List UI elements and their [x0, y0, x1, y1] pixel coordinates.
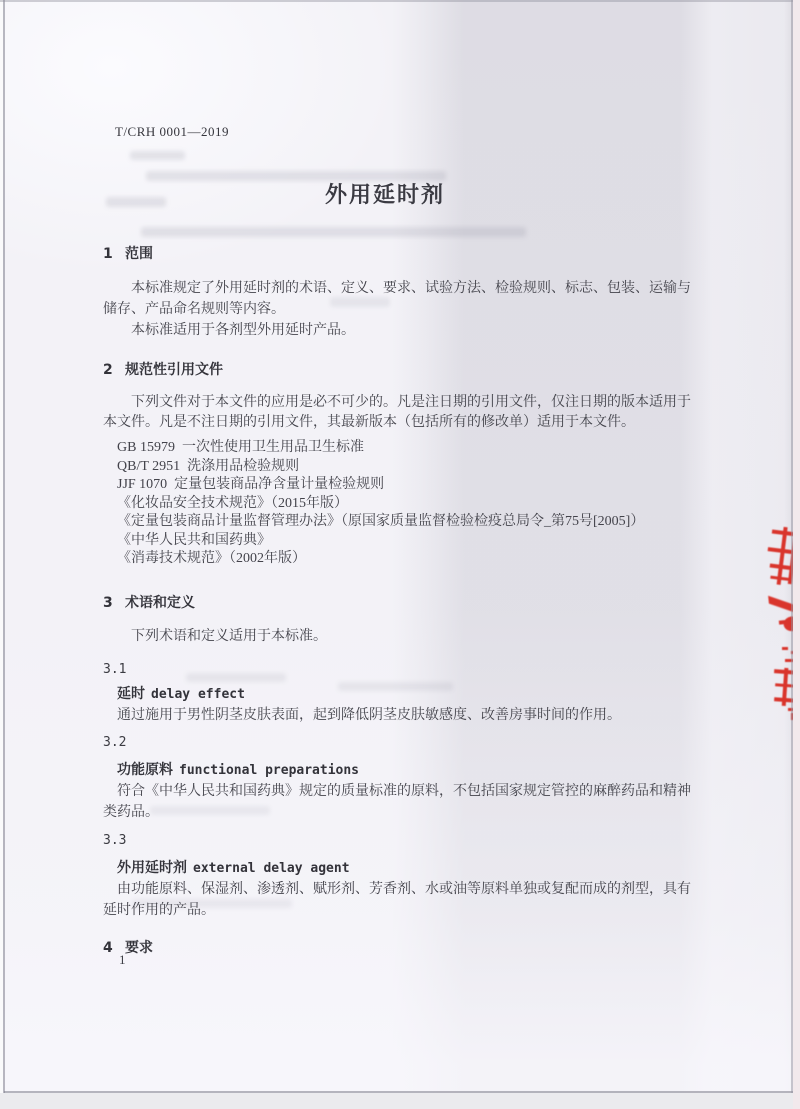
section-number: 1 [103, 244, 125, 265]
section-number: 2 [103, 360, 125, 381]
section-title: 术语和定义 [125, 595, 195, 611]
term-definition: 通过施用于男性阴茎皮肤表面，起到降低阴茎皮肤敏感度、改善房事时间的作用。 [103, 705, 693, 726]
reference-item: 《化妆品安全技术规范》（2015年版） [117, 495, 693, 514]
reference-item: 《中华人民共和国药典》 [117, 532, 693, 551]
scan-edge-right-strip [793, 0, 800, 1109]
paragraph: 本标准规定了外用延时剂的术语、定义、要求、试验方法、检验规则、标志、包装、运输与… [103, 278, 693, 320]
paragraph: 下列文件对于本文件的应用是必不可少的。凡是注日期的引用文件，仅注日期的版本适用于… [103, 393, 693, 433]
term-definition: 符合《中华人民共和国药典》规定的质量标准的原料，不包括国家规定管控的麻醉药品和精… [103, 781, 693, 823]
term-number: 3.2 [103, 732, 693, 753]
term-name: 外用延时剂external delay agent [103, 858, 693, 879]
term-number: 3.1 [103, 659, 693, 680]
scanned-document-page: T/CRH 0001—2019 外用延时剂 1范围 本标准规定了外用延时剂的术语… [0, 0, 800, 1109]
section-4-heading: 4要求 [103, 938, 693, 959]
term-name-zh: 功能原料 [117, 762, 173, 778]
term-name: 延时delay effect [103, 684, 693, 705]
document-body: 1范围 本标准规定了外用延时剂的术语、定义、要求、试验方法、检验规则、标志、包装… [103, 238, 693, 959]
term-name-zh: 外用延时剂 [117, 860, 187, 876]
term-name-en: delay effect [151, 687, 245, 702]
section-title: 要求 [125, 940, 153, 956]
term-definition: 由功能原料、保湿剂、渗透剂、赋形剂、芳香剂、水或油等原料单独或复配而成的剂型，具… [103, 879, 693, 921]
reference-item: 《定量包装商品计量监督管理办法》（原国家质量监督检验检疫总局令_第75号[200… [117, 513, 693, 532]
bleedthrough-strip [130, 151, 185, 160]
section-2-heading: 2规范性引用文件 [103, 360, 693, 381]
section-3-heading: 3术语和定义 [103, 593, 693, 614]
page-number: 1 [119, 952, 126, 968]
reference-item: JJF 1070 定量包装商品净含量计量检验规则 [117, 476, 693, 495]
reference-item: 《消毒技术规范》（2002年版） [117, 550, 693, 569]
term-name: 功能原料functional preparations [103, 760, 693, 781]
section-1-heading: 1范围 [103, 244, 693, 265]
standard-code: T/CRH 0001—2019 [115, 124, 229, 140]
reference-item: QB/T 2951 洗涤用品检验规则 [117, 458, 693, 477]
scan-edge-top [0, 0, 800, 2]
term-name-en: external delay agent [193, 861, 350, 876]
paragraph: 下列术语和定义适用于本标准。 [103, 626, 693, 647]
bleedthrough-strip [141, 227, 526, 237]
reference-item: GB 15979 一次性使用卫生用品卫生标准 [117, 439, 693, 458]
term-name-zh: 延时 [117, 686, 145, 702]
scan-edge-left [3, 0, 5, 1099]
section-title: 规范性引用文件 [125, 362, 223, 378]
section-title: 范围 [125, 246, 153, 262]
scan-edge-bottom-strip [0, 1093, 800, 1109]
term-number: 3.3 [103, 830, 693, 851]
section-number: 3 [103, 593, 125, 614]
term-name-en: functional preparations [179, 763, 359, 778]
paragraph: 本标准适用于各剂型外用延时产品。 [103, 320, 693, 341]
normative-references: GB 15979 一次性使用卫生用品卫生标准 QB/T 2951 洗涤用品检验规… [103, 439, 693, 569]
document-title: 外用延时剂 [0, 178, 770, 209]
